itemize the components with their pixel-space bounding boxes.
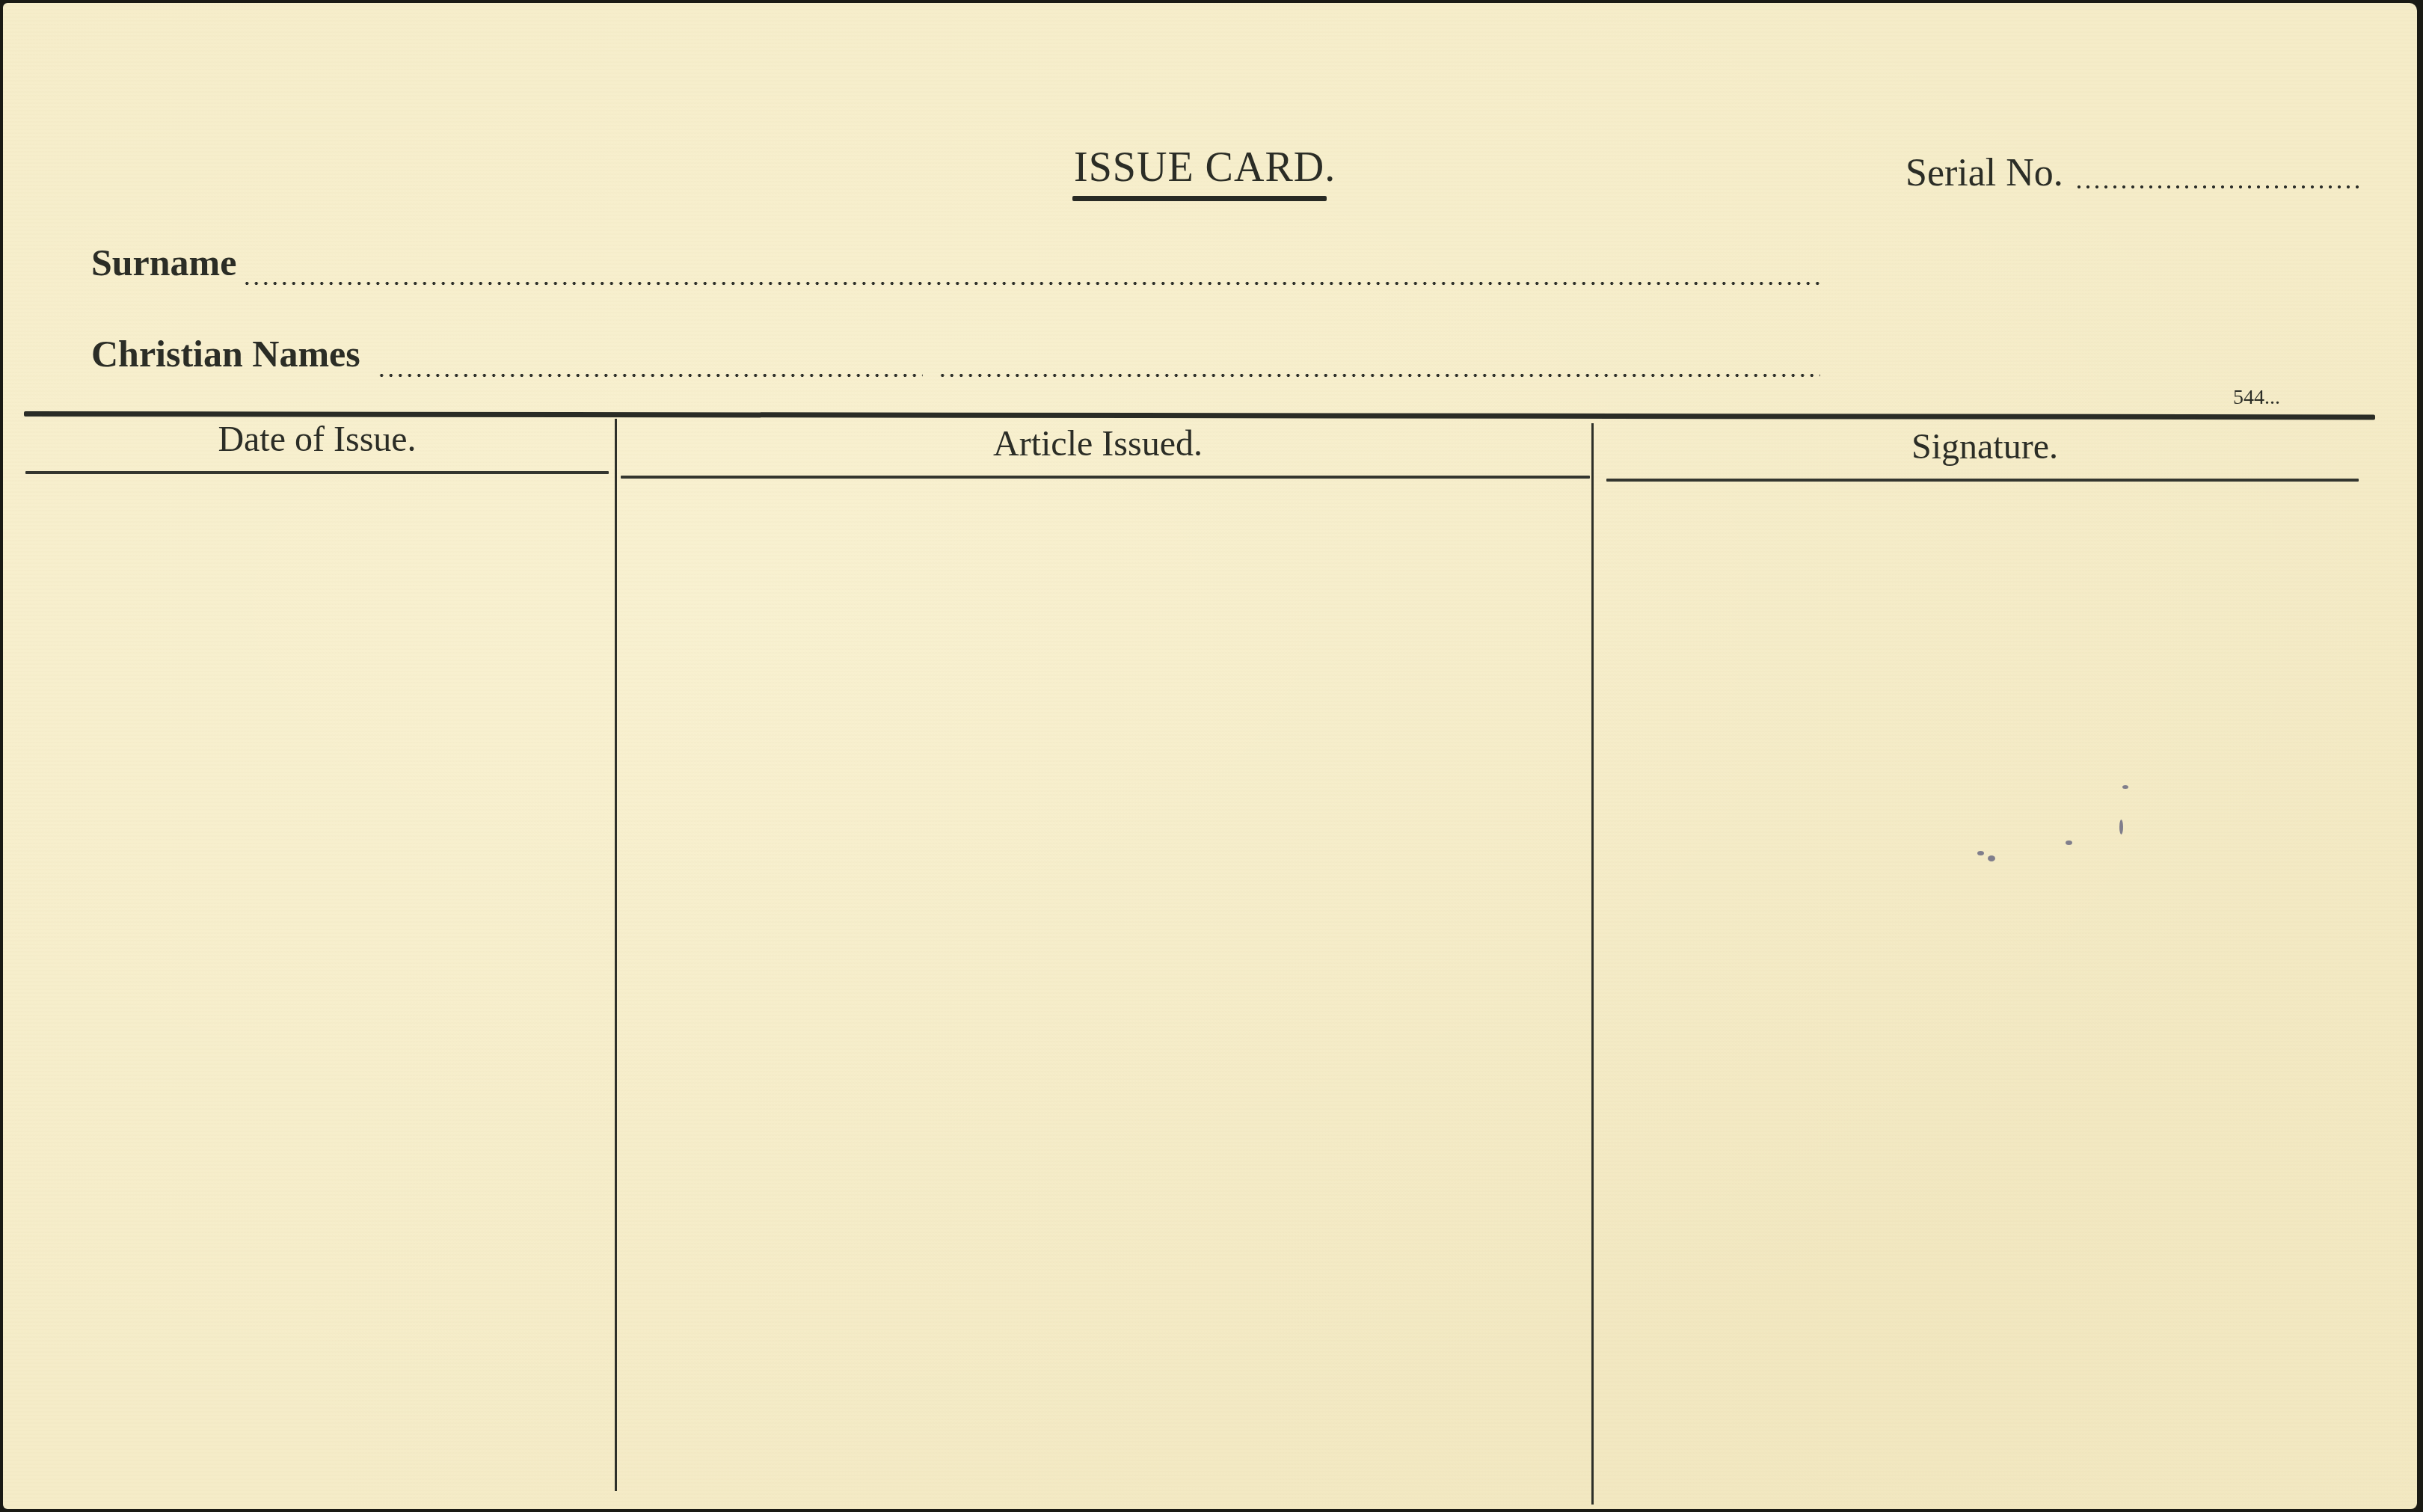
ink-speck [2119, 820, 2123, 835]
header-rule-signature [1606, 479, 2359, 482]
title-underline [1072, 196, 1327, 201]
card-title: ISSUE CARD. [1074, 144, 1336, 191]
serial-number-label: Serial No. [1905, 151, 2063, 195]
column-header-date-of-issue: Date of Issue. [27, 419, 607, 460]
surname-label: Surname [91, 241, 236, 284]
article-issued-column[interactable] [619, 485, 1588, 1502]
date-of-issue-column[interactable] [25, 482, 612, 1499]
column-header-signature: Signature. [1603, 426, 2366, 467]
ink-speck [1988, 855, 1995, 861]
surname-field[interactable] [242, 282, 1820, 285]
signature-column[interactable] [1596, 488, 2366, 1502]
christian-names-label: Christian Names [91, 332, 360, 375]
column-header-article-issued: Article Issued. [621, 423, 1575, 464]
header-rule-date [25, 471, 609, 474]
form-number: 544... [2233, 386, 2280, 410]
ink-speck [2066, 840, 2072, 845]
ink-speck [1977, 851, 1984, 855]
header-rule-article [621, 476, 1590, 479]
ink-speck [2122, 785, 2128, 789]
serial-number-field[interactable] [2075, 185, 2359, 188]
column-divider-2 [1591, 423, 1594, 1505]
christian-names-field-part2[interactable] [938, 374, 1820, 377]
issue-card: ISSUE CARD. Serial No. Surname Christian… [3, 3, 2417, 1509]
christian-names-field-part1[interactable] [377, 374, 923, 377]
column-divider-1 [615, 419, 617, 1491]
